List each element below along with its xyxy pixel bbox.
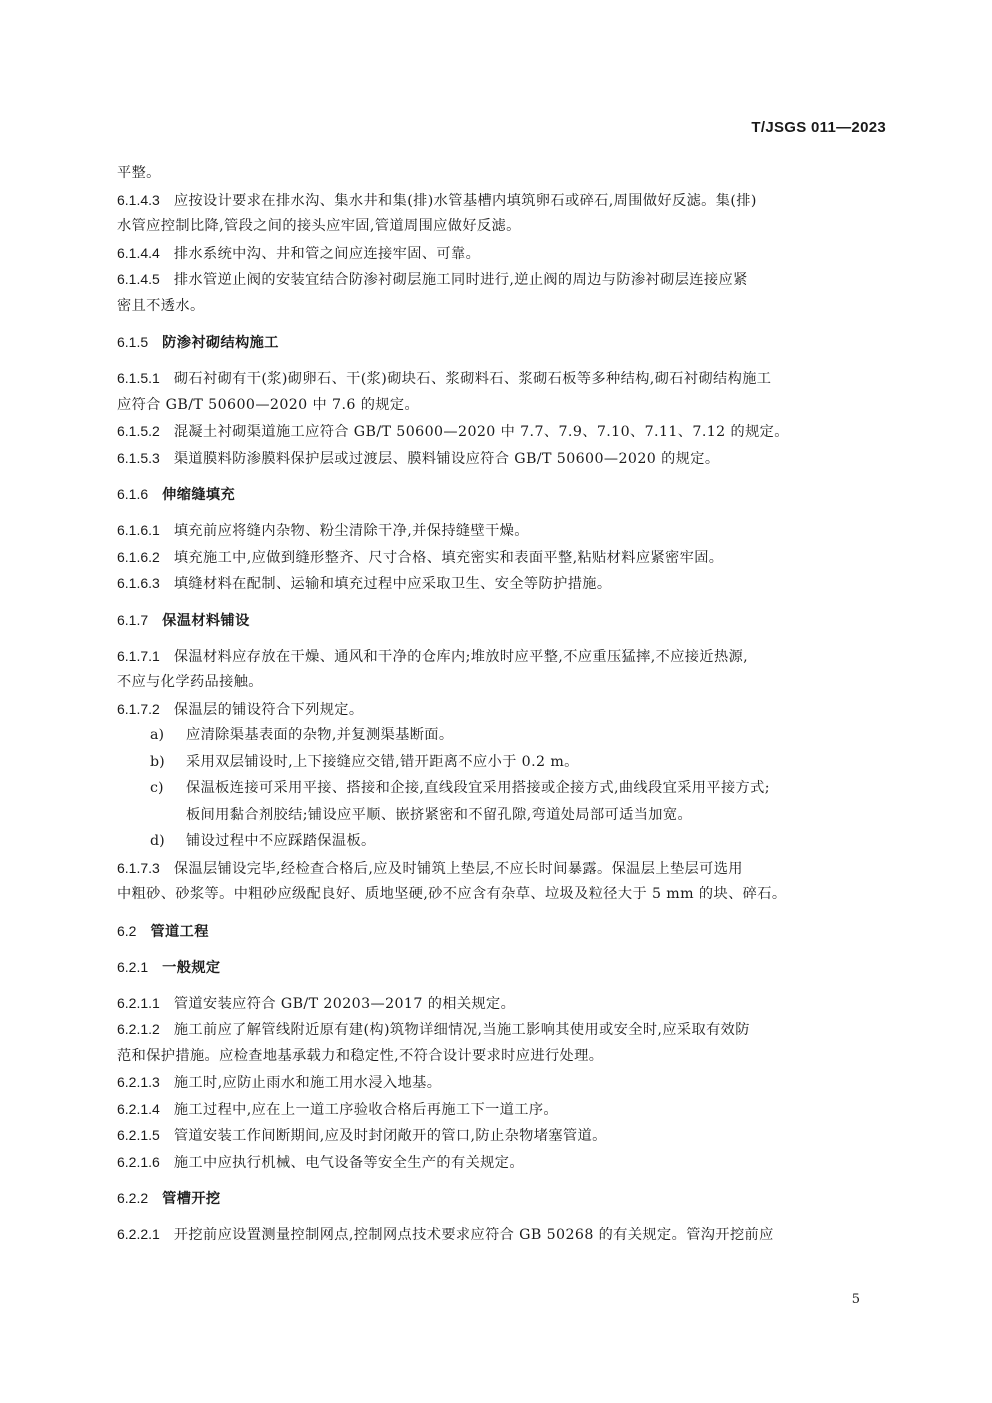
section-heading: 6.1.6伸缩缝填充 [117,481,887,507]
section-heading: 6.1.7保温材料铺设 [117,607,887,633]
clause-paragraph: 6.2.1.4施工过程中,应在上一道工序验收合格后再施工下一道工序。 [117,1096,887,1123]
section-heading: 6.1.5防渗衬砌结构施工 [117,329,887,355]
list-item-text: 应清除渠基表面的杂物,并复测渠基断面。 [186,727,454,743]
clause-number: 6.2.1.3 [117,1069,160,1096]
clause-number: 6.1.7.2 [117,696,160,723]
section-title: 伸缩缝填充 [162,487,235,503]
document-body: 平整。6.1.4.3应按设计要求在排水沟、集水井和集(排)水管基槽内填筑卵石或碎… [117,160,887,1248]
section-heading: 6.2.1一般规定 [117,954,887,980]
clause-text: 水管应控制比降,管段之间的接头应牢固,管道周围应做好反滤。 [117,218,521,234]
page-number: 5 [852,1292,860,1307]
list-marker: b) [150,749,186,776]
clause-text: 应按设计要求在排水沟、集水井和集(排)水管基槽内填筑卵石或碎石,周围做好反滤。集… [174,193,757,209]
clause-text: 密且不透水。 [117,298,205,314]
clause-number: 6.1.5.1 [117,365,160,392]
clause-paragraph: 6.2.1.5管道安装工作间断期间,应及时封闭敞开的管口,防止杂物堵塞管道。 [117,1122,887,1149]
section-heading: 6.2管道工程 [117,918,887,944]
list-item: c)保温板连接可采用平接、搭接和企接,直线段宜采用搭接或企接方式,曲线段宜采用平… [117,775,887,828]
section-title: 管道工程 [150,924,208,940]
section-number: 6.2 [117,918,136,944]
clause-text: 渠道膜料防渗膜料保护层或过渡层、膜料铺设应符合 GB/T 50600—2020 … [174,451,720,467]
section-title: 保温材料铺设 [162,613,250,629]
clause-text: 管道安装工作间断期间,应及时封闭敞开的管口,防止杂物堵塞管道。 [174,1128,607,1144]
clause-text: 施工中应执行机械、电气设备等安全生产的有关规定。 [174,1155,524,1171]
clause-text: 排水系统中沟、井和管之间应连接牢固、可靠。 [174,246,480,262]
clause-paragraph: 6.1.7.3保温层铺设完毕,经检查合格后,应及时铺筑上垫层,不应长时间暴露。保… [117,855,887,908]
list-item: a)应清除渠基表面的杂物,并复测渠基断面。 [117,722,887,749]
clause-paragraph: 6.2.1.6施工中应执行机械、电气设备等安全生产的有关规定。 [117,1149,887,1176]
clause-paragraph: 6.1.5.3渠道膜料防渗膜料保护层或过渡层、膜料铺设应符合 GB/T 5060… [117,445,887,472]
clause-number: 6.1.6.3 [117,570,160,597]
clause-number: 6.1.6.2 [117,544,160,571]
clause-paragraph: 6.1.6.3填缝材料在配制、运输和填充过程中应采取卫生、安全等防护措施。 [117,570,887,597]
clause-paragraph: 6.1.4.3应按设计要求在排水沟、集水井和集(排)水管基槽内填筑卵石或碎石,周… [117,187,887,240]
section-number: 6.2.2 [117,1185,148,1211]
clause-text: 施工前应了解管线附近原有建(构)筑物详细情况,当施工影响其使用或安全时,应采取有… [174,1022,750,1038]
list-marker: d) [150,828,186,855]
clause-paragraph: 6.2.2.1开挖前应设置测量控制网点,控制网点技术要求应符合 GB 50268… [117,1221,887,1248]
clause-text: 砌石衬砌有干(浆)砌卵石、干(浆)砌块石、浆砌料石、浆砌石板等多种结构,砌石衬砌… [174,371,772,387]
clause-text: 填充施工中,应做到缝形整齐、尺寸合格、填充密实和表面平整,粘贴材料应紧密牢固。 [174,550,724,566]
continued-text: 平整。 [117,160,887,187]
clause-number: 6.1.5.3 [117,445,160,472]
clause-number: 6.2.1.6 [117,1149,160,1176]
clause-number: 6.1.4.3 [117,187,160,214]
clause-text: 开挖前应设置测量控制网点,控制网点技术要求应符合 GB 50268 的有关规定。… [174,1227,774,1243]
clause-text: 施工时,应防止雨水和施工用水浸入地基。 [174,1075,442,1091]
clause-text: 保温层铺设完毕,经检查合格后,应及时铺筑上垫层,不应长时间暴露。保温层上垫层可选… [174,861,743,877]
clause-text: 保温材料应存放在干燥、通风和干净的仓库内;堆放时应平整,不应重压猛摔,不应接近热… [174,649,748,665]
section-number: 6.1.7 [117,607,148,633]
clause-number: 6.1.4.4 [117,240,160,267]
clause-number: 6.2.1.4 [117,1096,160,1123]
list-item: d)铺设过程中不应踩踏保温板。 [117,828,887,855]
section-number: 6.2.1 [117,954,148,980]
clause-text: 保温层的铺设符合下列规定。 [174,702,364,718]
clause-number: 6.2.1.5 [117,1122,160,1149]
clause-paragraph: 6.1.6.2填充施工中,应做到缝形整齐、尺寸合格、填充密实和表面平整,粘贴材料… [117,544,887,571]
clause-paragraph: 6.1.6.1填充前应将缝内杂物、粉尘清除干净,并保持缝壁干燥。 [117,517,887,544]
clause-paragraph: 6.1.4.5排水管逆止阀的安装宜结合防渗衬砌层施工同时进行,逆止阀的周边与防渗… [117,266,887,319]
list-item: b)采用双层铺设时,上下接缝应交错,错开距离不应小于 0.2 m。 [117,749,887,776]
clause-paragraph: 6.1.5.2混凝土衬砌渠道施工应符合 GB/T 50600—2020 中 7.… [117,418,887,445]
clause-text: 应符合 GB/T 50600—2020 中 7.6 的规定。 [117,397,419,413]
clause-paragraph: 6.2.1.2施工前应了解管线附近原有建(构)筑物详细情况,当施工影响其使用或安… [117,1016,887,1069]
clause-text: 施工过程中,应在上一道工序验收合格后再施工下一道工序。 [174,1102,558,1118]
list-item-text: 采用双层铺设时,上下接缝应交错,错开距离不应小于 0.2 m。 [186,754,579,770]
section-heading: 6.2.2管槽开挖 [117,1185,887,1211]
clause-number: 6.1.7.1 [117,643,160,670]
section-title: 一般规定 [162,960,220,976]
clause-number: 6.2.1.1 [117,990,160,1017]
clause-number: 6.2.2.1 [117,1221,160,1248]
clause-text: 不应与化学药品接触。 [117,674,263,690]
document-page: T/JSGS 011—2023 平整。6.1.4.3应按设计要求在排水沟、集水井… [0,0,992,1403]
list-marker: c) [150,775,186,802]
list-marker: a) [150,722,186,749]
section-number: 6.1.5 [117,329,148,355]
clause-paragraph: 6.1.7.2保温层的铺设符合下列规定。 [117,696,887,723]
section-title: 管槽开挖 [162,1191,220,1207]
clause-number: 6.1.5.2 [117,418,160,445]
clause-text: 管道安装应符合 GB/T 20203—2017 的相关规定。 [174,996,515,1012]
clause-paragraph: 6.1.5.1砌石衬砌有干(浆)砌卵石、干(浆)砌块石、浆砌料石、浆砌石板等多种… [117,365,887,418]
clause-number: 6.1.4.5 [117,266,160,293]
clause-number: 6.1.7.3 [117,855,160,882]
clause-text: 范和保护措施。应检查地基承载力和稳定性,不符合设计要求时应进行处理。 [117,1048,603,1064]
section-title: 防渗衬砌结构施工 [162,335,279,351]
list-item-text: 板间用黏合剂胶结;铺设应平顺、嵌挤紧密和不留孔隙,弯道处局部可适当加宽。 [186,807,692,823]
clause-paragraph: 6.1.4.4排水系统中沟、井和管之间应连接牢固、可靠。 [117,240,887,267]
list-item-text: 铺设过程中不应踩踏保温板。 [186,833,376,849]
clause-text: 排水管逆止阀的安装宜结合防渗衬砌层施工同时进行,逆止阀的周边与防渗衬砌层连接应紧 [174,272,748,288]
clause-text: 填充前应将缝内杂物、粉尘清除干净,并保持缝壁干燥。 [174,523,529,539]
clause-text: 填缝材料在配制、运输和填充过程中应采取卫生、安全等防护措施。 [174,576,612,592]
standard-code-header: T/JSGS 011—2023 [751,119,886,136]
clause-number: 6.2.1.2 [117,1016,160,1043]
list-item-text: 保温板连接可采用平接、搭接和企接,直线段宜采用搭接或企接方式,曲线段宜采用平接方… [186,780,770,796]
clause-number: 6.1.6.1 [117,517,160,544]
section-number: 6.1.6 [117,481,148,507]
clause-paragraph: 6.2.1.1管道安装应符合 GB/T 20203—2017 的相关规定。 [117,990,887,1017]
clause-text: 混凝土衬砌渠道施工应符合 GB/T 50600—2020 中 7.7、7.9、7… [174,424,789,440]
clause-paragraph: 6.1.7.1保温材料应存放在干燥、通风和干净的仓库内;堆放时应平整,不应重压猛… [117,643,887,696]
clause-text: 中粗砂、砂浆等。中粗砂应级配良好、质地坚硬,砂不应含有杂草、垃圾及粒径大于 5 … [117,886,786,902]
clause-paragraph: 6.2.1.3施工时,应防止雨水和施工用水浸入地基。 [117,1069,887,1096]
